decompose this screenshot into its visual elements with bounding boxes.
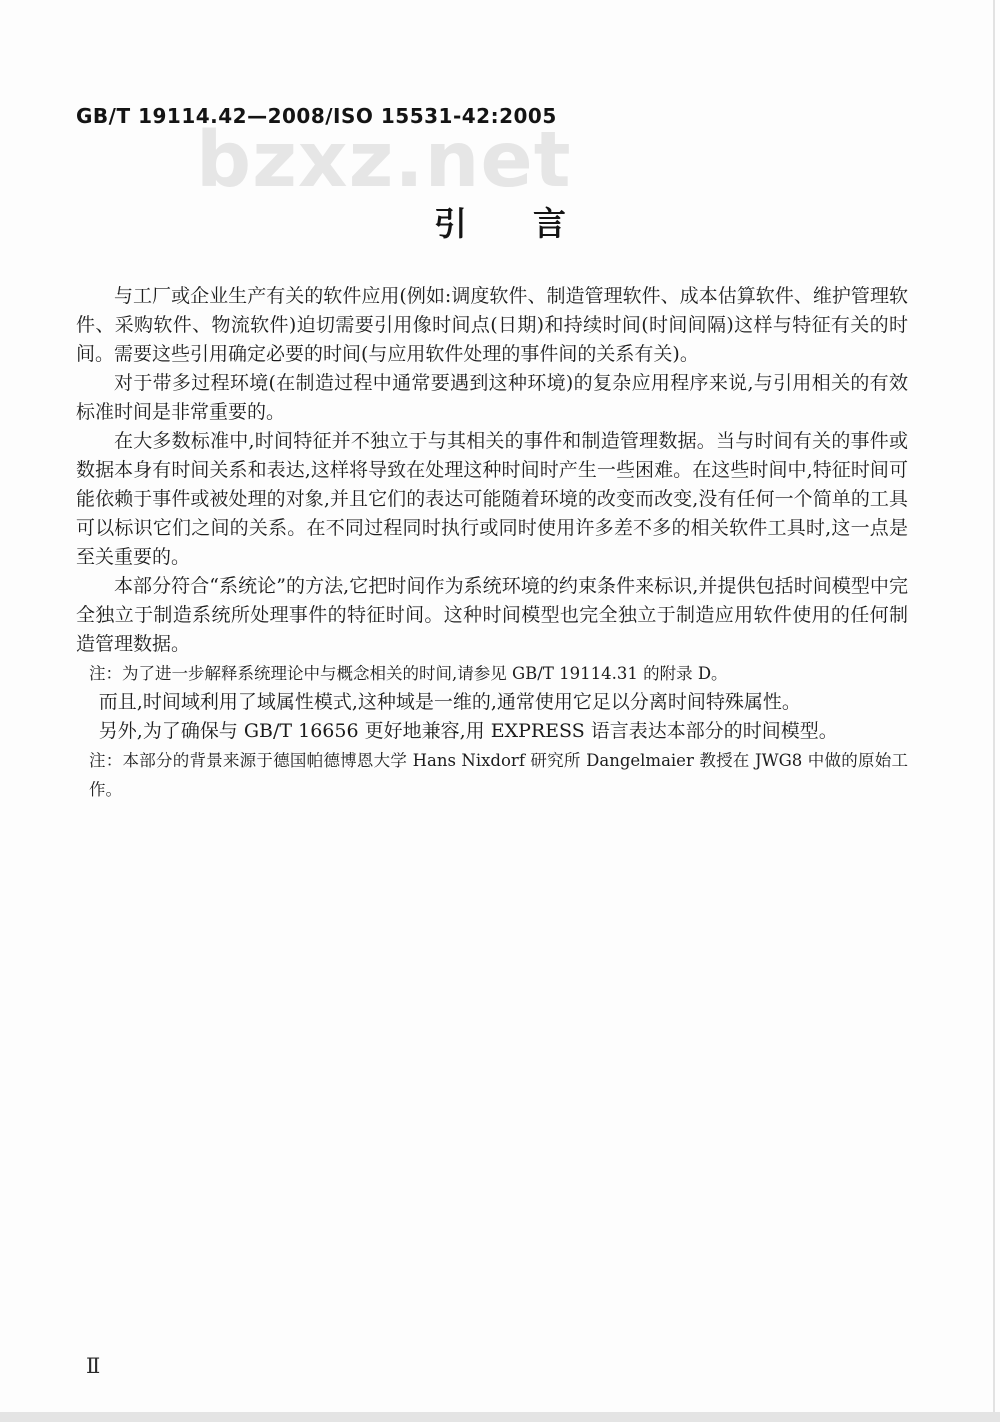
note: 注：本部分的背景来源于德国帕德博恩大学 Hans Nixdorf 研究所 Dan… <box>76 746 908 804</box>
paragraph: 对于带多过程环境(在制造过程中通常要遇到这种环境)的复杂应用程序来说,与引用相关… <box>76 369 908 427</box>
page-title: 引 言 <box>0 198 1000 245</box>
watermark-text: bzxz.net <box>196 116 572 205</box>
document-body: 与工厂或企业生产有关的软件应用(例如:调度软件、制造管理软件、成本估算软件、维护… <box>76 282 908 804</box>
page-number: Ⅱ <box>86 1354 100 1378</box>
paragraph: 另外,为了确保与 GB/T 16656 更好地兼容,用 EXPRESS 语言表达… <box>76 717 908 746</box>
paragraph: 本部分符合“系统论”的方法,它把时间作为系统环境的约束条件来标识,并提供包括时间… <box>76 572 908 659</box>
paragraph: 在大多数标准中,时间特征并不独立于与其相关的事件和制造管理数据。当与时间有关的事… <box>76 427 908 572</box>
page-edge-bottom <box>0 1412 1000 1422</box>
paragraph: 而且,时间域利用了域属性模式,这种域是一维的,通常使用它足以分离时间特殊属性。 <box>76 688 908 717</box>
note: 注：为了进一步解释系统理论中与概念相关的时间,请参见 GB/T 19114.31… <box>76 659 908 688</box>
paragraph: 与工厂或企业生产有关的软件应用(例如:调度软件、制造管理软件、成本估算软件、维护… <box>76 282 908 369</box>
standard-number-header: GB/T 19114.42—2008/ISO 15531-42:2005 <box>76 104 557 128</box>
